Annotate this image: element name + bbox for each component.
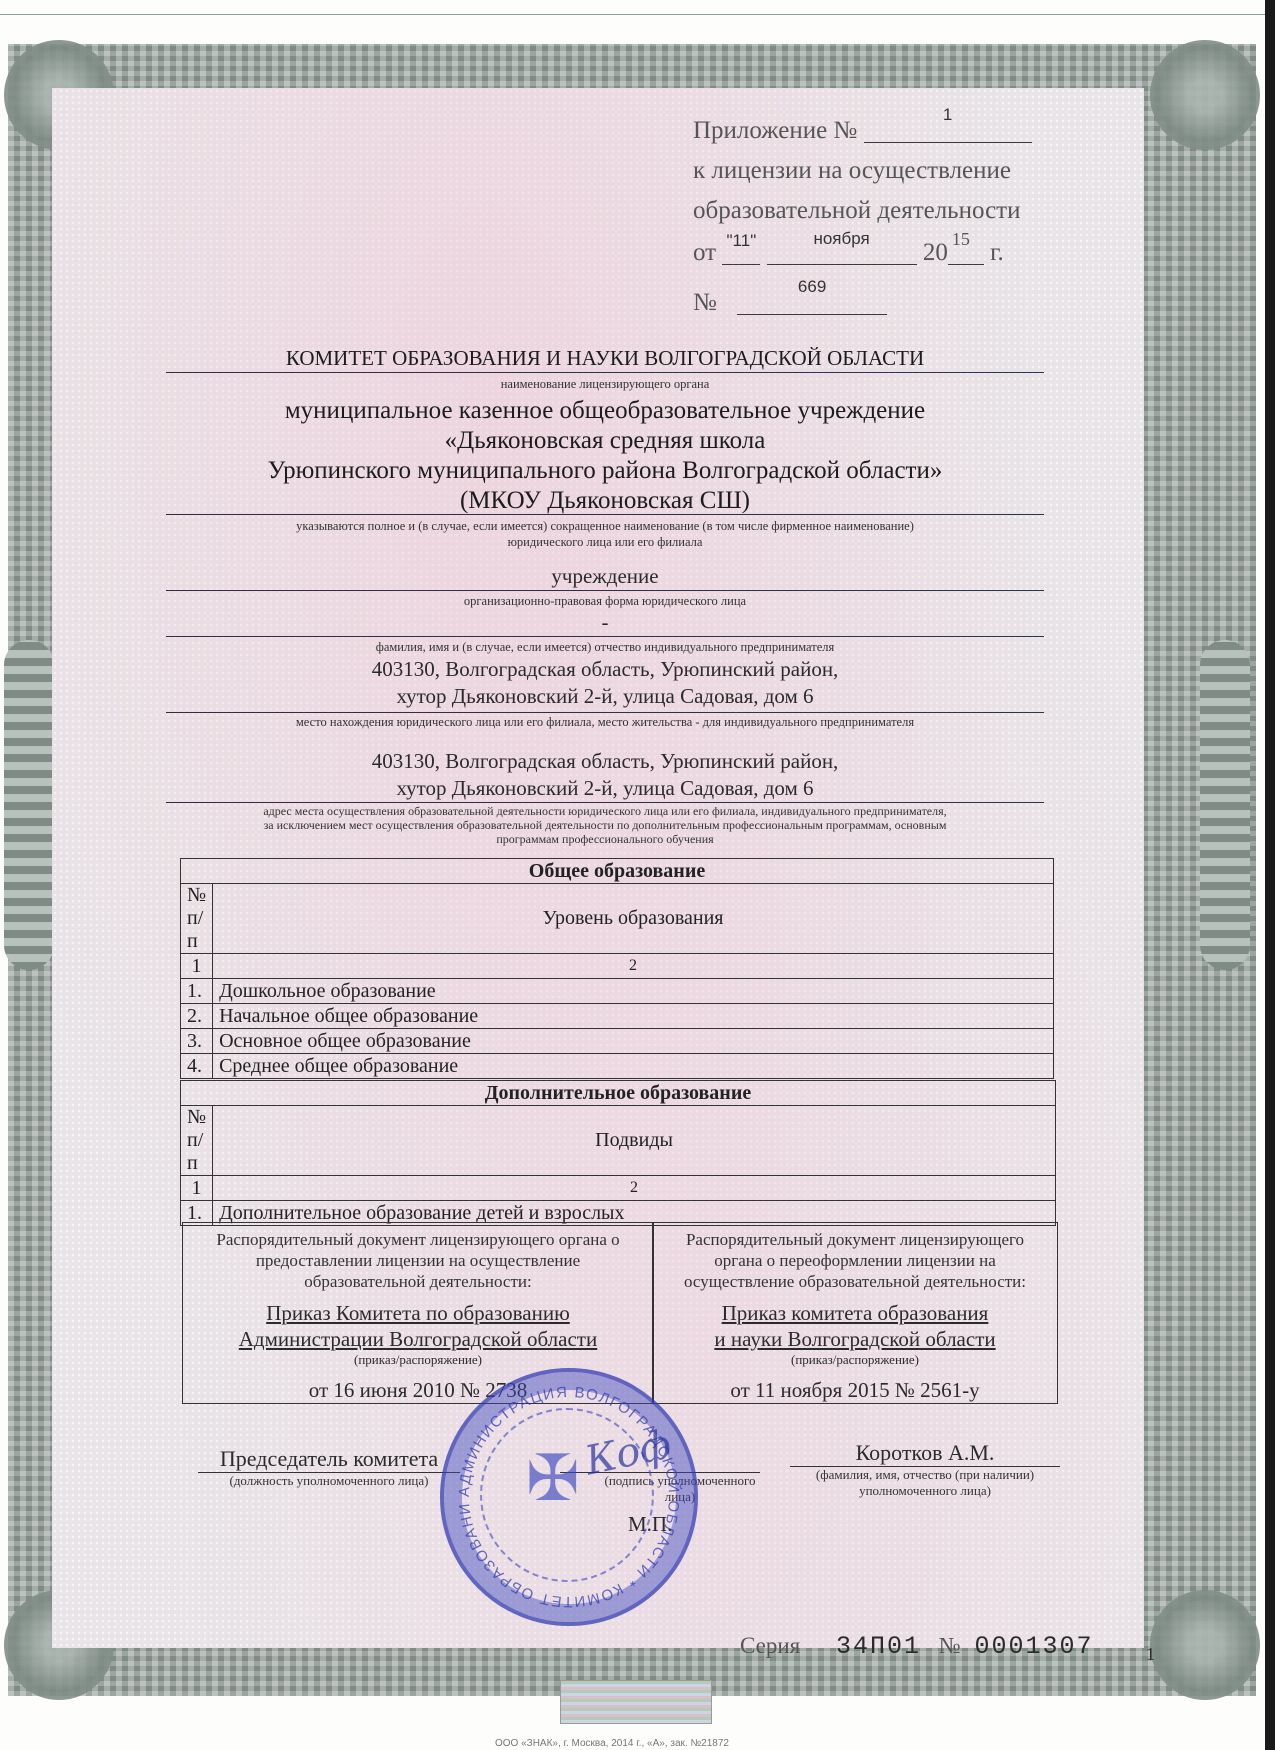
official-stamp: АДМИНИСТРАЦИЯ ВОЛГОГРАДСКОЙ ОБЛАСТИ * КО… bbox=[440, 1368, 698, 1626]
legal-form-caption: организационно-правовая форма юридическо… bbox=[166, 593, 1044, 609]
series-code: 34П01 bbox=[836, 1632, 921, 1661]
corner-ornament bbox=[1150, 40, 1260, 150]
appendix-day: 11 bbox=[733, 231, 751, 250]
entrepreneur-caption: фамилия, имя и (в случае, если имеется) … bbox=[166, 639, 1044, 655]
additional-education-table: Дополнительное образование № п/п Подвиды… bbox=[180, 1080, 1056, 1226]
appendix-label: Приложение № 1 bbox=[693, 118, 1032, 143]
blank-series: Серия 34П01 № 0001307 bbox=[740, 1632, 1093, 1661]
entrepreneur-name: - bbox=[166, 610, 1044, 635]
location-address: 403130, Волгоградская область, Урюпински… bbox=[166, 656, 1044, 710]
appendix-number-line: № 669 bbox=[693, 290, 887, 315]
table-row: 4.Среднее общее образование bbox=[181, 1054, 1054, 1079]
appendix-line3: образовательной деятельности bbox=[693, 198, 1021, 223]
appendix-number: 1 bbox=[864, 106, 1032, 123]
table-row: 2.Начальное общее образование bbox=[181, 1004, 1054, 1029]
corner-ornament bbox=[1150, 1590, 1260, 1700]
location-caption: место нахождения юридического лица или е… bbox=[166, 714, 1044, 730]
appendix-date: от "11" ноября 20 15 г. bbox=[693, 240, 1004, 265]
licensing-body-caption: наименование лицензирующего органа bbox=[166, 376, 1044, 392]
organization-name: муниципальное казенное общеобразовательн… bbox=[166, 396, 1044, 516]
appendix-line2: к лицензии на осуществление bbox=[693, 158, 1011, 183]
license-number: 669 bbox=[737, 278, 887, 295]
page-number: 1 bbox=[1146, 1644, 1155, 1665]
order-grant-document: Приказ Комитета по образованию Администр… bbox=[183, 1300, 653, 1352]
legal-form: учреждение bbox=[166, 564, 1044, 589]
general-education-table: Общее образование № п/п Уровень образова… bbox=[180, 858, 1054, 1079]
signatory-position: Председатель комитета (должность уполном… bbox=[198, 1446, 460, 1489]
printer-imprint: ООО «ЗНАК», г. Москва, 2014 г., «А», зак… bbox=[495, 1738, 729, 1749]
table-row: 1.Дошкольное образование bbox=[181, 979, 1054, 1004]
order-reissue-document: Приказ комитета образования и науки Волг… bbox=[653, 1300, 1057, 1352]
order-grant-heading: Распорядительный документ лицензирующего… bbox=[183, 1223, 653, 1292]
order-reissue-date: от 11 ноября 2015 № 2561-у bbox=[653, 1378, 1057, 1403]
hologram bbox=[560, 1680, 712, 1724]
additional-education-title: Дополнительное образование bbox=[181, 1081, 1056, 1106]
activity-address: 403130, Волгоградская область, Урюпински… bbox=[166, 748, 1044, 802]
appendix-year: 15 bbox=[952, 230, 970, 248]
appendix-month: ноября bbox=[767, 230, 917, 247]
side-ornament bbox=[4, 640, 54, 970]
scan-edge bbox=[1265, 0, 1275, 1750]
table-row: 3.Основное общее образование bbox=[181, 1029, 1054, 1054]
order-reissue-box: Распорядительный документ лицензирующего… bbox=[652, 1222, 1058, 1404]
scan-edge-line bbox=[0, 14, 1270, 15]
order-reissue-heading: Распорядительный документ лицензирующего… bbox=[653, 1223, 1057, 1292]
column-header: Уровень образования bbox=[213, 884, 1054, 954]
column-header: Подвиды bbox=[213, 1106, 1056, 1176]
organization-caption: указываются полное и (в случае, если име… bbox=[166, 518, 1044, 550]
licensing-body: КОМИТЕТ ОБРАЗОВАНИЯ И НАУКИ ВОЛГОГРАДСКО… bbox=[166, 346, 1044, 371]
general-education-title: Общее образование bbox=[181, 859, 1054, 884]
side-ornament bbox=[1200, 640, 1250, 970]
coat-of-arms-icon: ✠ bbox=[526, 1442, 580, 1516]
signatory-name: Коротков А.М. (фамилия, имя, отчество (п… bbox=[790, 1440, 1060, 1499]
blank-number: 0001307 bbox=[974, 1632, 1093, 1661]
activity-address-caption: адрес места осуществления образовательно… bbox=[166, 804, 1044, 846]
